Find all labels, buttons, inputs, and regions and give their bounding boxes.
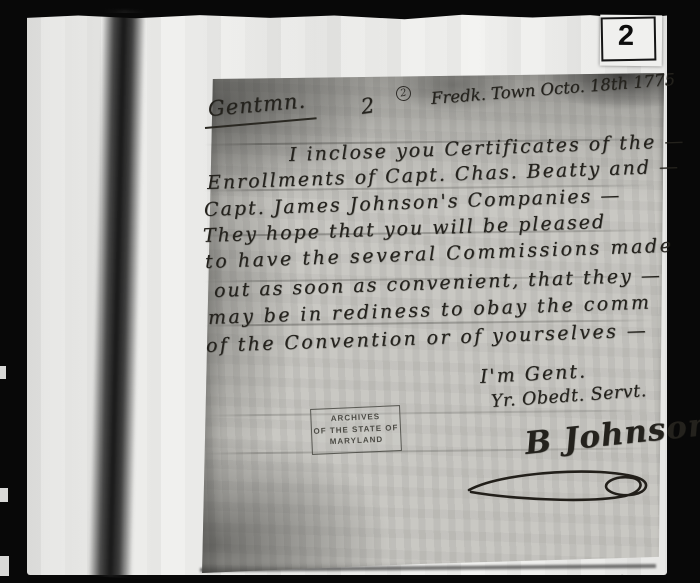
stamp-line: OF THE STATE OF (313, 423, 398, 437)
microfilm-frame: Gentmn. 2 2 Fredk. Town Octo. 18th 1775 … (0, 0, 700, 583)
page-number-card: 2 (600, 15, 663, 67)
signature-flourish (465, 462, 655, 506)
film-edge-mark (0, 366, 6, 379)
stamp-line: ARCHIVES (331, 412, 381, 425)
page-number: 2 (600, 20, 652, 54)
film-edge-mark (0, 556, 9, 576)
stamp-line: MARYLAND (330, 435, 384, 448)
archives-stamp: ARCHIVES OF THE STATE OF MARYLAND (310, 405, 402, 455)
film-edge-mark (0, 488, 8, 502)
circled-number: 2 (399, 88, 407, 100)
letter-document: Gentmn. 2 2 Fredk. Town Octo. 18th 1775 … (195, 70, 665, 573)
